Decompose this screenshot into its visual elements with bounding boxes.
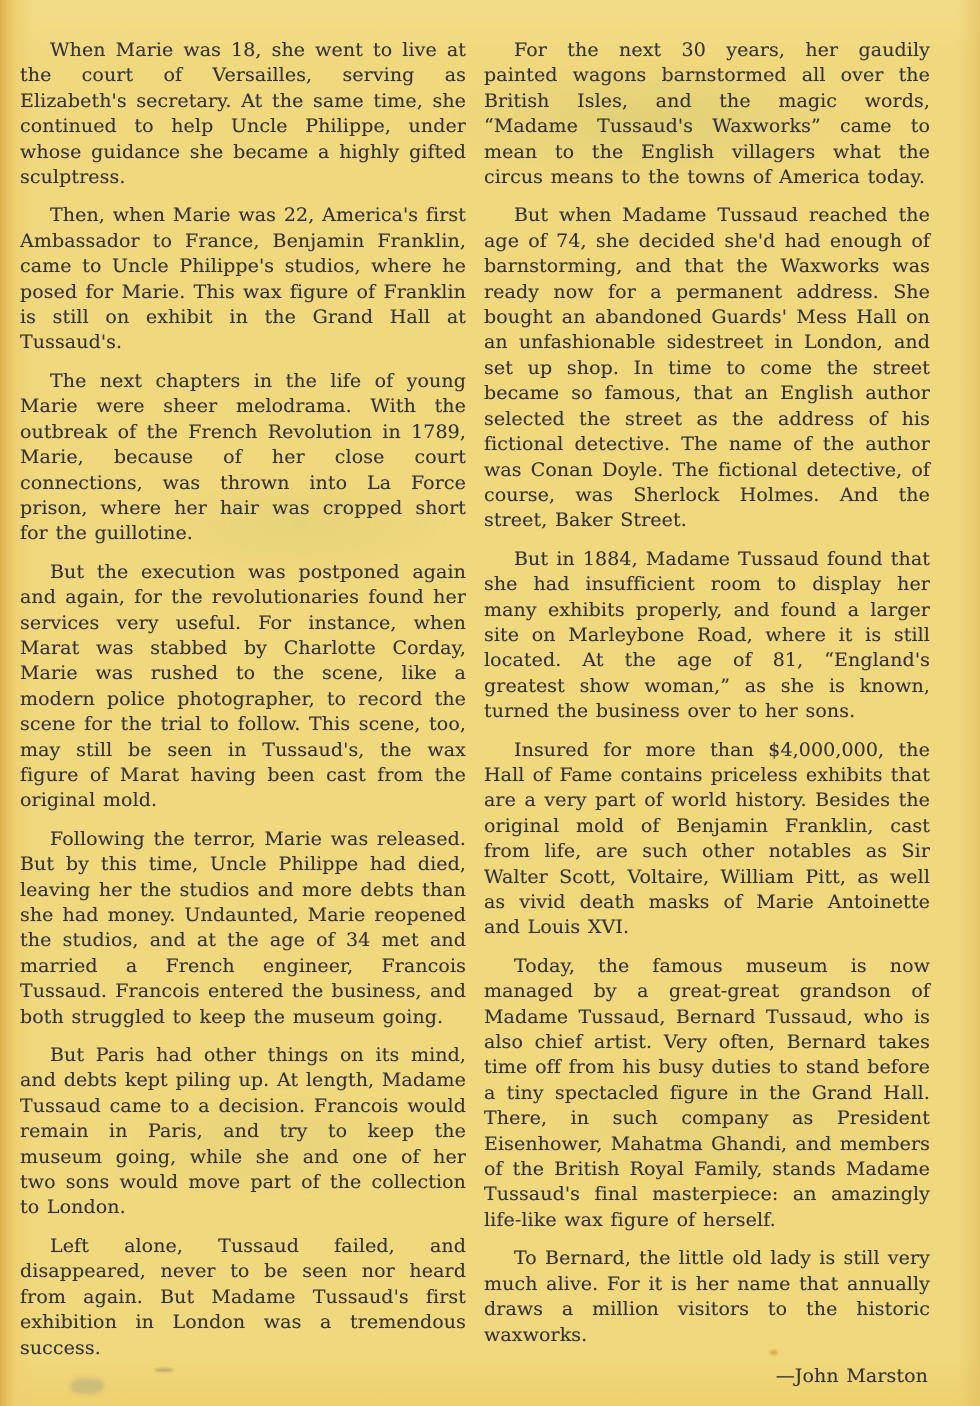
two-column-text-layout: When Marie was 18, she went to live at t… <box>0 0 980 1402</box>
paragraph: Following the terror, Marie was released… <box>20 827 466 1030</box>
paragraph: Then, when Marie was 22, America's first… <box>20 203 466 355</box>
paragraph: Today, the famous museum is now managed … <box>484 954 930 1233</box>
byline-author: —John Marston <box>484 1364 930 1389</box>
paragraph: To Bernard, the little old lady is still… <box>484 1246 930 1348</box>
right-column: For the next 30 years, her gaudily paint… <box>484 38 930 1402</box>
paragraph: But Paris had other things on its mind, … <box>20 1043 466 1221</box>
magazine-text-page: When Marie was 18, she went to live at t… <box>0 0 980 1406</box>
paragraph: For the next 30 years, her gaudily paint… <box>484 38 930 190</box>
paragraph: But the execution was postponed again an… <box>20 560 466 814</box>
paragraph: Left alone, Tussaud failed, and disappea… <box>20 1234 466 1361</box>
paragraph: The next chapters in the life of young M… <box>20 369 466 547</box>
paragraph: Insured for more than $4,000,000, the Ha… <box>484 738 930 941</box>
paragraph: When Marie was 18, she went to live at t… <box>20 38 466 190</box>
paragraph: But when Madame Tussaud reached the age … <box>484 203 930 533</box>
paragraph: But in 1884, Madame Tussaud found that s… <box>484 547 930 725</box>
left-column: When Marie was 18, she went to live at t… <box>20 38 466 1402</box>
